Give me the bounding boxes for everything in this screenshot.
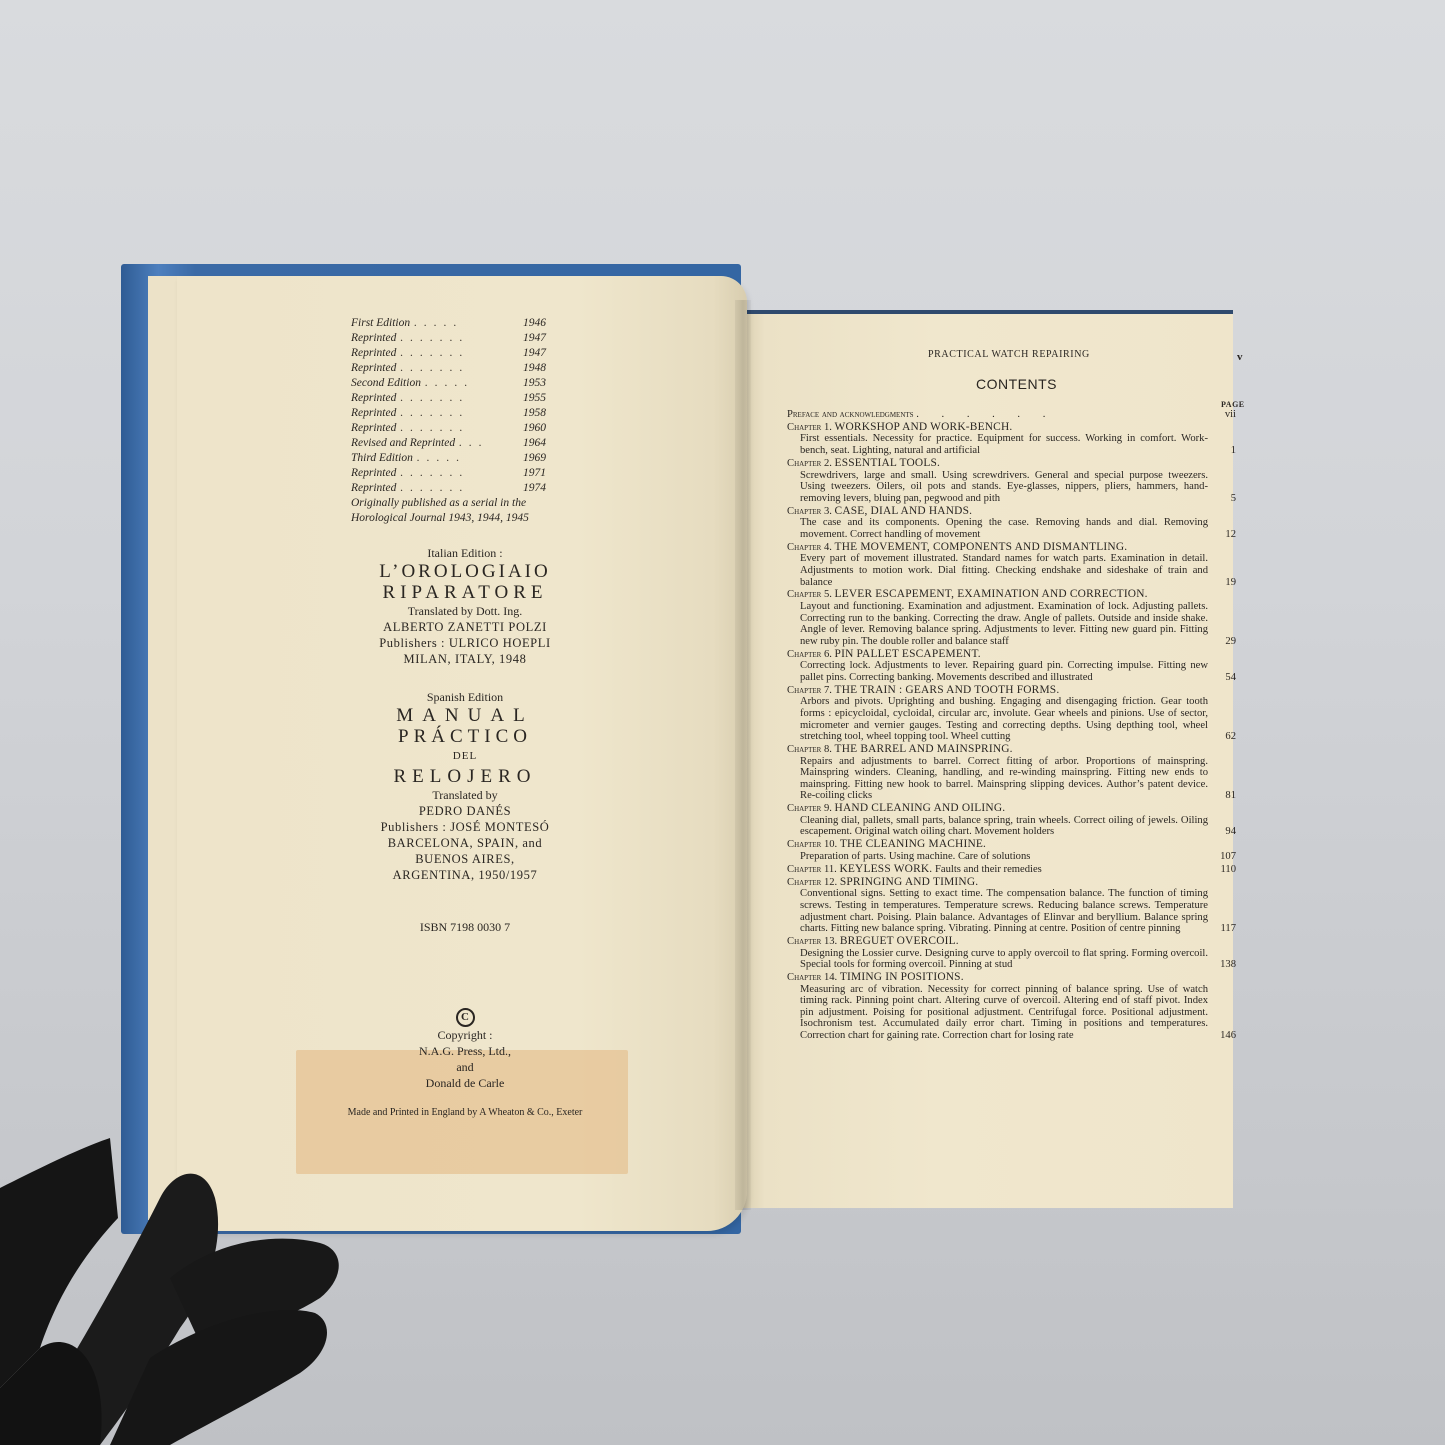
edition-row: Revised and Reprinted...1964 bbox=[351, 436, 546, 451]
toc-page: 146 bbox=[1208, 1030, 1236, 1042]
toc-entry: Chapter 6. PIN PALLET ESCAPEMENT. Correc… bbox=[787, 649, 1242, 684]
toc-page: 94 bbox=[1208, 826, 1236, 838]
copyright-and: and bbox=[300, 1059, 630, 1075]
toc-page: 62 bbox=[1208, 731, 1236, 743]
edition-row: Reprinted.......1960 bbox=[351, 421, 546, 436]
contents-title: CONTENTS bbox=[976, 376, 1057, 392]
running-head: PRACTICAL WATCH REPAIRING bbox=[928, 349, 1090, 360]
toc-entry: Chapter 13. BREGUET OVERCOIL. Designing … bbox=[787, 936, 1242, 971]
toc-page: 54 bbox=[1208, 672, 1236, 684]
italian-translator: ALBERTO ZANETTI POLZI bbox=[300, 619, 630, 635]
toc-entry: Chapter 12. SPRINGING AND TIMING. Conven… bbox=[787, 877, 1242, 935]
gloved-hand bbox=[0, 1128, 400, 1445]
toc-entry: Chapter 10. THE CLEANING MACHINE. Prepar… bbox=[787, 839, 1242, 862]
toc-page: 29 bbox=[1208, 636, 1236, 648]
isbn: ISBN 7198 0030 7 bbox=[300, 919, 630, 935]
serial-note: Originally published as a serial in the bbox=[351, 496, 546, 511]
toc-entry: Chapter 5. LEVER ESCAPEMENT, EXAMINATION… bbox=[787, 589, 1242, 647]
edition-row: Reprinted.......1974 bbox=[351, 481, 546, 496]
copyright-block: C Copyright : N.A.G. Press, Ltd., and Do… bbox=[300, 1008, 630, 1091]
italian-title: L’OROLOGIAIO bbox=[300, 561, 630, 582]
edition-row: Reprinted.......1948 bbox=[351, 361, 546, 376]
toc-page: 107 bbox=[1208, 851, 1236, 863]
spanish-title: PRÁCTICO bbox=[300, 726, 630, 747]
spanish-place: BARCELONA, SPAIN, and bbox=[300, 835, 630, 851]
italian-publishers: Publishers : ULRICO HOEPLI bbox=[300, 635, 630, 651]
toc-entry: Preface and acknowledgments . . . . . . … bbox=[787, 409, 1242, 421]
spanish-title: MANUAL bbox=[300, 705, 630, 726]
edition-row: Reprinted.......1955 bbox=[351, 391, 546, 406]
edition-row: Reprinted.......1947 bbox=[351, 346, 546, 361]
toc-entry: Chapter 1. WORKSHOP AND WORK-BENCH. Firs… bbox=[787, 422, 1242, 457]
spanish-translator: PEDRO DANÉS bbox=[300, 803, 630, 819]
toc-entry: Chapter 3. CASE, DIAL AND HANDS. The cas… bbox=[787, 506, 1242, 541]
toc-entry: Chapter 7. THE TRAIN : GEARS AND TOOTH F… bbox=[787, 685, 1242, 743]
toc-page: 5 bbox=[1208, 493, 1236, 505]
spanish-translated-by: Translated by bbox=[300, 787, 630, 803]
toc-page: 117 bbox=[1208, 923, 1236, 935]
toc-page: 110 bbox=[1208, 864, 1236, 876]
edition-row: Reprinted.......1971 bbox=[351, 466, 546, 481]
toc-entry: Chapter 8. THE BARREL AND MAINSPRING. Re… bbox=[787, 744, 1242, 802]
spanish-publishers: Publishers : JOSÉ MONTESÓ bbox=[300, 819, 630, 835]
spanish-edition: Spanish Edition MANUAL PRÁCTICO DEL RELO… bbox=[300, 689, 630, 883]
italian-place: MILAN, ITALY, 1948 bbox=[300, 651, 630, 667]
toc-page: 81 bbox=[1208, 790, 1236, 802]
italian-edition: Italian Edition : L’OROLOGIAIO RIPARATOR… bbox=[300, 545, 630, 667]
italian-title: RIPARATORE bbox=[300, 582, 630, 603]
toc-page: 1 bbox=[1208, 445, 1236, 457]
photo-scene: First Edition.....1946 Reprinted.......1… bbox=[0, 0, 1445, 1445]
editions-list: First Edition.....1946 Reprinted.......1… bbox=[351, 316, 546, 526]
toc-entry: Chapter 11. KEYLESS WORK. Faults and the… bbox=[787, 864, 1242, 876]
spanish-heading: Spanish Edition bbox=[300, 689, 630, 705]
spanish-place: BUENOS AIRES, bbox=[300, 851, 630, 867]
italian-translated-by: Translated by Dott. Ing. bbox=[300, 603, 630, 619]
spanish-title: RELOJERO bbox=[300, 766, 630, 787]
edition-row: Reprinted.......1947 bbox=[351, 331, 546, 346]
edition-row: Third Edition.....1969 bbox=[351, 451, 546, 466]
toc-entry: Chapter 4. THE MOVEMENT, COMPONENTS AND … bbox=[787, 542, 1242, 588]
spanish-title: DEL bbox=[300, 747, 630, 766]
toc-entry: Chapter 14. TIMING IN POSITIONS. Measuri… bbox=[787, 972, 1242, 1042]
copyright-label: Copyright : bbox=[300, 1027, 630, 1043]
edition-row: First Edition.....1946 bbox=[351, 316, 546, 331]
table-of-contents: Preface and acknowledgments . . . . . . … bbox=[787, 403, 1242, 1043]
toc-page: 19 bbox=[1208, 577, 1236, 589]
page-number: v bbox=[1237, 351, 1243, 363]
toc-entry: Chapter 2. ESSENTIAL TOOLS. Screwdrivers… bbox=[787, 458, 1242, 504]
toc-entry: Chapter 9. HAND CLEANING AND OILING. Cle… bbox=[787, 803, 1242, 838]
gutter bbox=[735, 300, 751, 1210]
copyright-icon: C bbox=[456, 1008, 475, 1027]
edition-row: Reprinted.......1958 bbox=[351, 406, 546, 421]
edition-row: Second Edition.....1953 bbox=[351, 376, 546, 391]
toc-page: 138 bbox=[1208, 959, 1236, 971]
copyright-holder: N.A.G. Press, Ltd., bbox=[300, 1043, 630, 1059]
serial-note: Horological Journal 1943, 1944, 1945 bbox=[351, 511, 546, 526]
copyright-holder: Donald de Carle bbox=[300, 1075, 630, 1091]
italian-heading: Italian Edition : bbox=[300, 545, 630, 561]
spanish-place: ARGENTINA, 1950/1957 bbox=[300, 867, 630, 883]
toc-page: vii bbox=[1208, 409, 1236, 421]
toc-page: 12 bbox=[1208, 529, 1236, 541]
printer-line: Made and Printed in England by A Wheaton… bbox=[300, 1107, 630, 1118]
